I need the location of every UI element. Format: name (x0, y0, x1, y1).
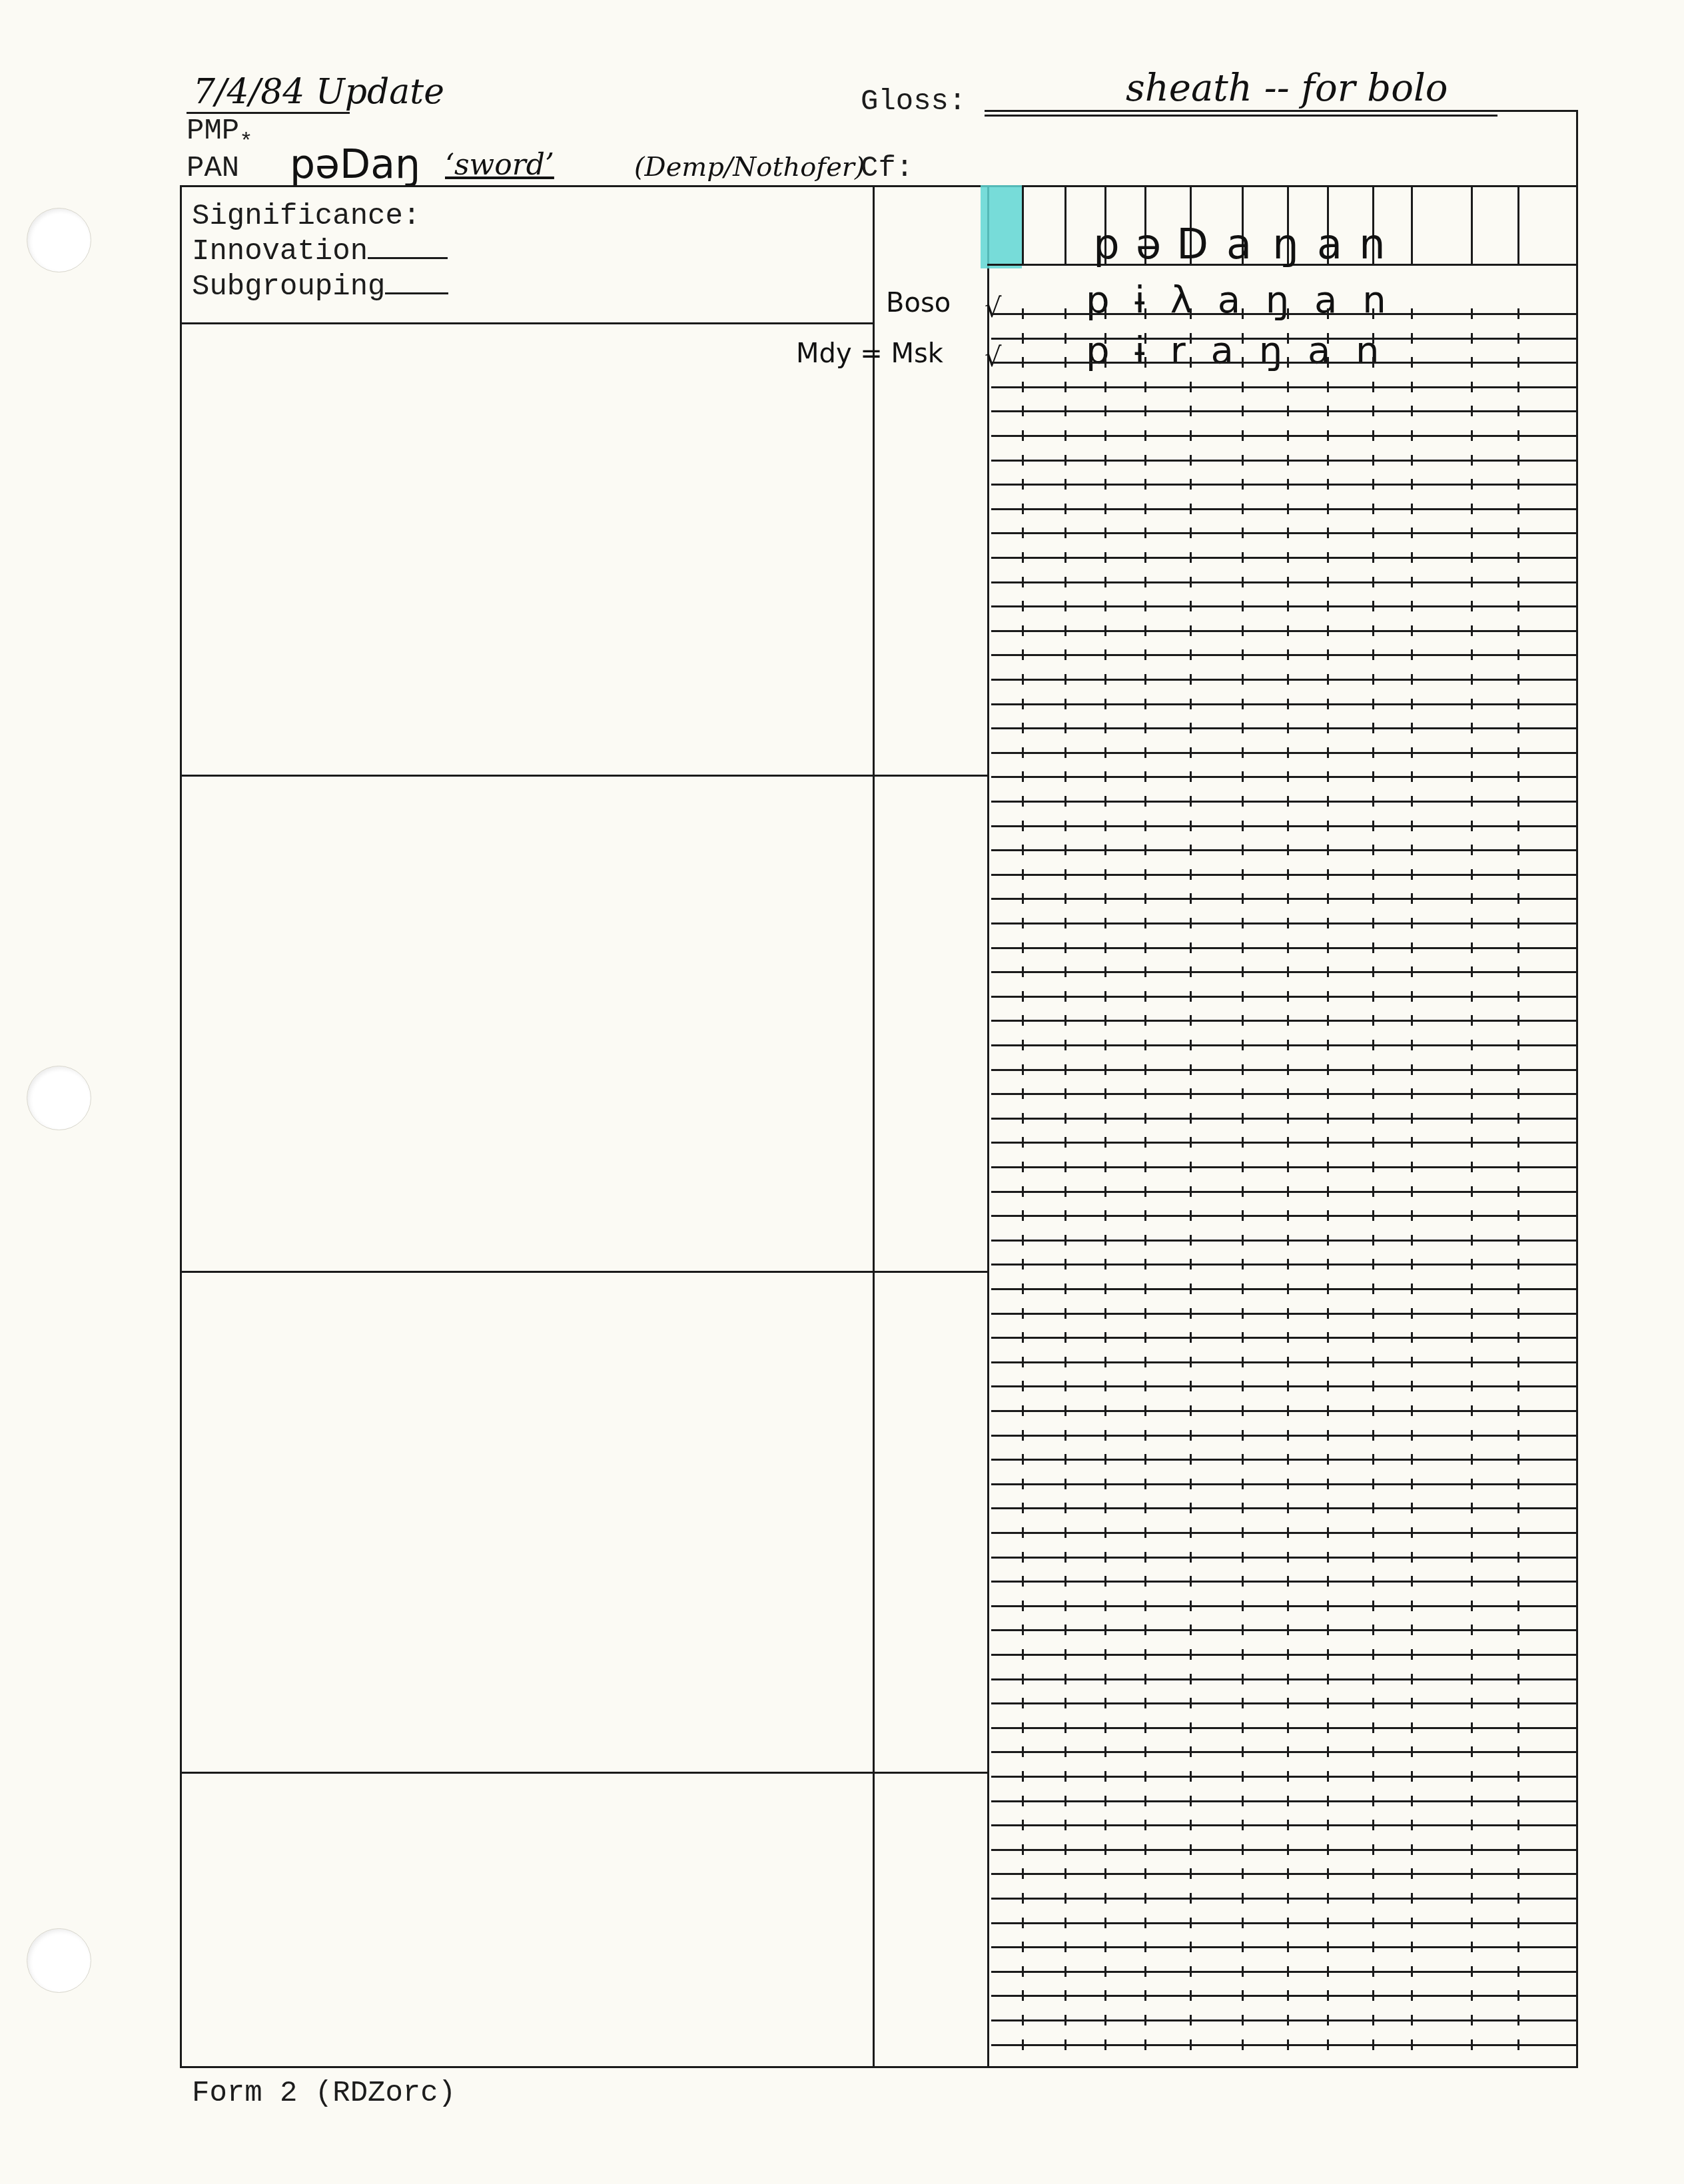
grid-tick (1517, 479, 1519, 490)
grid-tick (1144, 1259, 1146, 1270)
grid-tick (1372, 1990, 1374, 2001)
grid-tick (1411, 966, 1413, 977)
grid-tick (1190, 1746, 1192, 1757)
grid-tick (1287, 1381, 1289, 1391)
grid-tick (1190, 1308, 1192, 1319)
grid-tick (1144, 1479, 1146, 1489)
grid-tick (1022, 1283, 1024, 1294)
reflex-form-mdy-msk: p ɨ r a ŋ a n (1086, 329, 1386, 372)
grid-tick (1327, 796, 1329, 807)
grid-tick (1287, 893, 1289, 904)
grid-tick (1242, 845, 1244, 855)
grid-tick (1022, 1649, 1024, 1660)
grid-line (991, 1288, 1577, 1290)
grid-line (991, 971, 1577, 973)
date-underline (187, 112, 350, 114)
grid-tick (1471, 308, 1473, 319)
reflex-form-text: p ɨ λ a ŋ a n (1086, 278, 1393, 322)
grid-tick (1287, 869, 1289, 880)
grid-tick (1327, 1283, 1329, 1294)
grid-tick (1287, 1722, 1289, 1733)
grid-tick (1242, 357, 1244, 368)
grid-tick (1372, 1893, 1374, 1904)
grid-tick (1104, 308, 1106, 319)
grid-tick (1104, 1064, 1106, 1075)
grid-tick (1022, 2039, 1024, 2050)
grid-tick (1190, 1576, 1192, 1587)
grid-tick (1064, 991, 1066, 1002)
grid-tick (1327, 1918, 1329, 1928)
grid-tick (1242, 649, 1244, 660)
grid-tick (1327, 1332, 1329, 1343)
grid-tick (1064, 1820, 1066, 1830)
grid-tick (1242, 1868, 1244, 1879)
grid-tick (1104, 552, 1106, 563)
grid-line (991, 1532, 1577, 1534)
grid-tick (1287, 2015, 1289, 2025)
grid-tick (1104, 1796, 1106, 1806)
grid-tick (1411, 1454, 1413, 1465)
grid-tick (1190, 1893, 1192, 1904)
grid-tick (1190, 357, 1192, 368)
grid-tick (1022, 382, 1024, 392)
pan-source: (Demp/Nothofer) (634, 152, 865, 182)
grid-tick (1372, 771, 1374, 782)
grid-tick (1144, 893, 1146, 904)
grid-tick (1372, 504, 1374, 514)
grid-tick (1517, 1064, 1519, 1075)
segment-3: D (1170, 220, 1216, 268)
grid-tick (1372, 1210, 1374, 1221)
grid-tick (1517, 918, 1519, 928)
grid-tick (1411, 1210, 1413, 1221)
grid-tick (1517, 577, 1519, 587)
segment-1: p (1086, 220, 1128, 268)
grid-tick (1242, 1064, 1244, 1075)
grid-tick (1022, 1942, 1024, 1952)
grid-tick (1144, 2015, 1146, 2025)
grid-tick (1064, 1649, 1066, 1660)
grid-line (991, 1337, 1577, 1339)
grid-tick (1242, 1820, 1244, 1830)
grid-tick (1287, 625, 1289, 636)
grid-tick (1327, 1844, 1329, 1855)
grid-tick (1022, 1868, 1024, 1879)
grid-tick (1104, 528, 1106, 538)
grid-tick (1517, 1820, 1519, 1830)
grid-tick (1372, 674, 1374, 685)
grid-tick (1517, 893, 1519, 904)
grid-tick (1104, 1088, 1106, 1099)
grid-tick (1471, 552, 1473, 563)
grid-tick (1327, 1113, 1329, 1124)
grid-tick (1190, 699, 1192, 709)
grid-tick (1471, 382, 1473, 392)
grid-tick (1372, 528, 1374, 538)
grid-line (991, 654, 1577, 656)
grid-tick (1022, 1040, 1024, 1050)
grid-tick (1022, 1113, 1024, 1124)
grid-tick (1064, 1698, 1066, 1708)
grid-tick (1064, 1308, 1066, 1319)
grid-tick (1327, 1990, 1329, 2001)
grid-tick (1242, 1844, 1244, 1855)
grid-tick (1327, 845, 1329, 855)
grid-line (991, 1922, 1577, 1924)
grid-tick (1471, 1088, 1473, 1099)
grid-tick (1411, 1357, 1413, 1367)
grid-tick (1411, 577, 1413, 587)
grid-tick (1144, 1186, 1146, 1197)
grid-tick (1064, 649, 1066, 660)
grid-tick (1144, 1137, 1146, 1148)
gloss-underline (985, 115, 1497, 117)
grid-tick (1372, 577, 1374, 587)
grid-tick (1064, 528, 1066, 538)
subgrouping-field[interactable]: Subgrouping (192, 268, 448, 304)
grid-tick (1372, 1040, 1374, 1050)
grid-tick (1144, 1357, 1146, 1367)
grid-tick (1372, 1430, 1374, 1441)
grid-tick (1327, 1430, 1329, 1441)
grid-tick (1517, 1405, 1519, 1416)
grid-tick (1471, 845, 1473, 855)
grid-tick (1022, 966, 1024, 977)
grid-tick (1287, 1137, 1289, 1148)
grid-tick (1144, 1771, 1146, 1782)
grid-tick (1190, 1064, 1192, 1075)
grid-tick (1104, 577, 1106, 587)
grid-tick (1144, 747, 1146, 758)
grid-tick (1022, 1893, 1024, 1904)
grid-tick (1242, 333, 1244, 344)
grid-tick (1104, 674, 1106, 685)
grid-tick (1190, 1990, 1192, 2001)
grid-tick (1144, 577, 1146, 587)
grid-tick (1144, 1649, 1146, 1660)
grid-tick (1190, 1113, 1192, 1124)
grid-tick (1411, 771, 1413, 782)
grid-tick (1287, 479, 1289, 490)
grid-tick (1517, 406, 1519, 416)
grid-tick (1064, 821, 1066, 831)
grid-tick (1471, 1576, 1473, 1587)
grid-tick (1327, 699, 1329, 709)
grid-tick (1372, 382, 1374, 392)
grid-tick (1411, 1942, 1413, 1952)
grid-tick (1144, 1454, 1146, 1465)
grid-tick (1242, 2039, 1244, 2050)
grid-tick (1022, 1746, 1024, 1757)
grid-tick (1242, 1722, 1244, 1733)
grid-tick (1022, 991, 1024, 1002)
grid-tick (1144, 1235, 1146, 1246)
grid-tick (1242, 1040, 1244, 1050)
grid-tick (1190, 333, 1192, 344)
grid-tick (1411, 1308, 1413, 1319)
grid-tick (1104, 1137, 1106, 1148)
grid-line (991, 1166, 1577, 1168)
grid-tick (1144, 504, 1146, 514)
grid-line (991, 1507, 1577, 1509)
grid-tick (1287, 1503, 1289, 1513)
grid-tick (1471, 1796, 1473, 1806)
grid-line (991, 1385, 1577, 1387)
grid-tick (1471, 1113, 1473, 1124)
grid-tick (1411, 406, 1413, 416)
grid-tick (1372, 723, 1374, 733)
grid-tick (1064, 1137, 1066, 1148)
grid-tick (1242, 1113, 1244, 1124)
gloss-label-text: Gloss: (861, 85, 966, 119)
grid-tick (1471, 1868, 1473, 1879)
grid-tick (1104, 1503, 1106, 1513)
grid-tick (1287, 1015, 1289, 1026)
grid-tick (1190, 382, 1192, 392)
grid-tick (1144, 699, 1146, 709)
grid-line (991, 1142, 1577, 1144)
grid-tick (1372, 1064, 1374, 1075)
grid-tick (1411, 699, 1413, 709)
grid-tick (1144, 723, 1146, 733)
grid-tick (1242, 942, 1244, 953)
grid-tick (1517, 1381, 1519, 1391)
grid-tick (1372, 455, 1374, 466)
grid-tick (1287, 1649, 1289, 1660)
grid-tick (1471, 430, 1473, 441)
grid-tick (1242, 1601, 1244, 1611)
grid-tick (1242, 577, 1244, 587)
grid-tick (1104, 1552, 1106, 1563)
grid-tick (1242, 1210, 1244, 1221)
grid-tick (1064, 1259, 1066, 1270)
grid-tick (1517, 333, 1519, 344)
grid-tick (1190, 869, 1192, 880)
grid-tick (1242, 1162, 1244, 1172)
grid-tick (1190, 1771, 1192, 1782)
subgrouping-blank[interactable] (385, 268, 448, 294)
grid-tick (1064, 966, 1066, 977)
grid-tick (1022, 1674, 1024, 1684)
grid-tick (1022, 1357, 1024, 1367)
grid-tick (1064, 845, 1066, 855)
grid-tick (1190, 1625, 1192, 1635)
grid-tick (1242, 893, 1244, 904)
cf-label: Cf: (861, 152, 913, 185)
grid-tick (1242, 479, 1244, 490)
grid-tick (1022, 1990, 1024, 2001)
grid-line (991, 1044, 1577, 1046)
grid-tick (1287, 1942, 1289, 1952)
grid-tick (1517, 1698, 1519, 1708)
grid-tick (1104, 1454, 1106, 1465)
grid-tick (1022, 357, 1024, 368)
grid-tick (1327, 1015, 1329, 1026)
grid-tick (1411, 1674, 1413, 1684)
grid-tick (1411, 1162, 1413, 1172)
grid-tick (1190, 1674, 1192, 1684)
grid-tick (1372, 1283, 1374, 1294)
grid-tick (1327, 918, 1329, 928)
grid-tick (1064, 1893, 1066, 1904)
grid-tick (1327, 528, 1329, 538)
grid-tick (1242, 1454, 1244, 1465)
grid-tick (1372, 1868, 1374, 1879)
grid-tick (1287, 552, 1289, 563)
grid-tick (1144, 1283, 1146, 1294)
grid-tick (1517, 1966, 1519, 1977)
grid-tick (1372, 1186, 1374, 1197)
grid-tick (1471, 771, 1473, 782)
grid-tick (1022, 893, 1024, 904)
grid-tick (1372, 1649, 1374, 1660)
grid-tick (1471, 357, 1473, 368)
grid-tick (1411, 430, 1413, 441)
grid-tick (1517, 455, 1519, 466)
grid-tick (1517, 430, 1519, 441)
grid-tick (1287, 1966, 1289, 1977)
grid-tick (1144, 1430, 1146, 1441)
grid-tick (1411, 1503, 1413, 1513)
grid-tick (1517, 382, 1519, 392)
grid-tick (1517, 1162, 1519, 1172)
grid-tick (1144, 430, 1146, 441)
grid-tick (1372, 796, 1374, 807)
grid-tick (1471, 1918, 1473, 1928)
grid-tick (1471, 2015, 1473, 2025)
grid-tick (1517, 1015, 1519, 1026)
grid-tick (1104, 1746, 1106, 1757)
grid-tick (1144, 1746, 1146, 1757)
notes-divider-1 (180, 775, 989, 777)
grid-tick (1287, 2039, 1289, 2050)
grid-tick (1327, 1868, 1329, 1879)
innovation-field[interactable]: Innovation (192, 233, 448, 268)
grid-tick (1064, 1966, 1066, 1977)
grid-tick (1064, 504, 1066, 514)
grid-tick (1517, 308, 1519, 319)
grid-tick (1022, 1552, 1024, 1563)
grid-tick (1144, 1966, 1146, 1977)
reflex-check-boso: √ (985, 293, 1002, 324)
grid-tick (1517, 2039, 1519, 2050)
grid-tick (1327, 1820, 1329, 1830)
grid-tick (1287, 333, 1289, 344)
grid-tick (1190, 723, 1192, 733)
grid-tick (1190, 966, 1192, 977)
grid-tick (1242, 1186, 1244, 1197)
grid-tick (1517, 504, 1519, 514)
grid-line (991, 679, 1577, 681)
grid-tick (1287, 1479, 1289, 1489)
grid-tick (1517, 821, 1519, 831)
grid-tick (1411, 942, 1413, 953)
grid-tick (1411, 2015, 1413, 2025)
grid-tick (1144, 1113, 1146, 1124)
grid-tick (1144, 406, 1146, 416)
notes-divider-2 (180, 1271, 989, 1273)
grid-line (991, 1873, 1577, 1875)
grid-tick (1327, 1210, 1329, 1221)
grid-tick (1064, 1503, 1066, 1513)
grid-tick (1327, 333, 1329, 344)
grid-tick (1517, 1844, 1519, 1855)
grid-tick (1064, 430, 1066, 441)
grid-tick (1372, 1381, 1374, 1391)
grid-tick (1372, 649, 1374, 660)
grid-line (991, 1898, 1577, 1900)
grid-tick (1064, 1918, 1066, 1928)
grid-tick (1104, 649, 1106, 660)
grid-tick (1144, 1308, 1146, 1319)
innovation-blank[interactable] (368, 233, 448, 259)
grid-tick (1064, 1868, 1066, 1879)
grid-tick (1471, 1698, 1473, 1708)
grid-tick (1517, 674, 1519, 685)
grid-tick (1287, 1430, 1289, 1441)
grid-line (991, 752, 1577, 754)
grid-tick (1471, 1283, 1473, 1294)
grid-tick (1144, 1381, 1146, 1391)
grid-tick (1190, 1210, 1192, 1221)
grid-tick (1327, 1722, 1329, 1733)
grid-tick (1517, 1503, 1519, 1513)
grid-tick (1104, 1332, 1106, 1343)
grid-tick (1411, 649, 1413, 660)
grid-tick (1064, 1186, 1066, 1197)
grid-tick (1372, 479, 1374, 490)
grid-tick (1104, 1381, 1106, 1391)
grid-tick (1190, 1527, 1192, 1538)
grid-tick (1242, 1381, 1244, 1391)
grid-line (991, 1727, 1577, 1729)
grid-tick (1190, 1503, 1192, 1513)
grid-line (991, 508, 1577, 510)
punch-hole-middle (27, 1066, 91, 1130)
grid-tick (1372, 1454, 1374, 1465)
grid-tick (1190, 1332, 1192, 1343)
grid-tick (1517, 942, 1519, 953)
grid-tick (1287, 1186, 1289, 1197)
grid-tick (1104, 406, 1106, 416)
grid-tick (1411, 1283, 1413, 1294)
grid-tick (1144, 625, 1146, 636)
grid-tick (1022, 1966, 1024, 1977)
grid-tick (1327, 1966, 1329, 1977)
grid-tick (1372, 821, 1374, 831)
grid-line (991, 1483, 1577, 1485)
grid-tick (1471, 1527, 1473, 1538)
form-footer: Form 2 (RDZorc) (192, 2077, 456, 2110)
grid-tick (1517, 845, 1519, 855)
grid-tick (1242, 821, 1244, 831)
grid-line (991, 1971, 1577, 1973)
grid-tick (1104, 1357, 1106, 1367)
grid-tick (1471, 601, 1473, 611)
grid-tick (1104, 1942, 1106, 1952)
grid-line (991, 532, 1577, 534)
grid-tick (1287, 1332, 1289, 1343)
grid-tick (1471, 699, 1473, 709)
grid-tick (1287, 1527, 1289, 1538)
grid-tick (1327, 1796, 1329, 1806)
frame-left (180, 185, 182, 2068)
grid-tick (1327, 1137, 1329, 1148)
grid-line (991, 947, 1577, 949)
grid-tick (1022, 1332, 1024, 1343)
grid-line (991, 1361, 1577, 1363)
grid-tick (1327, 1235, 1329, 1246)
